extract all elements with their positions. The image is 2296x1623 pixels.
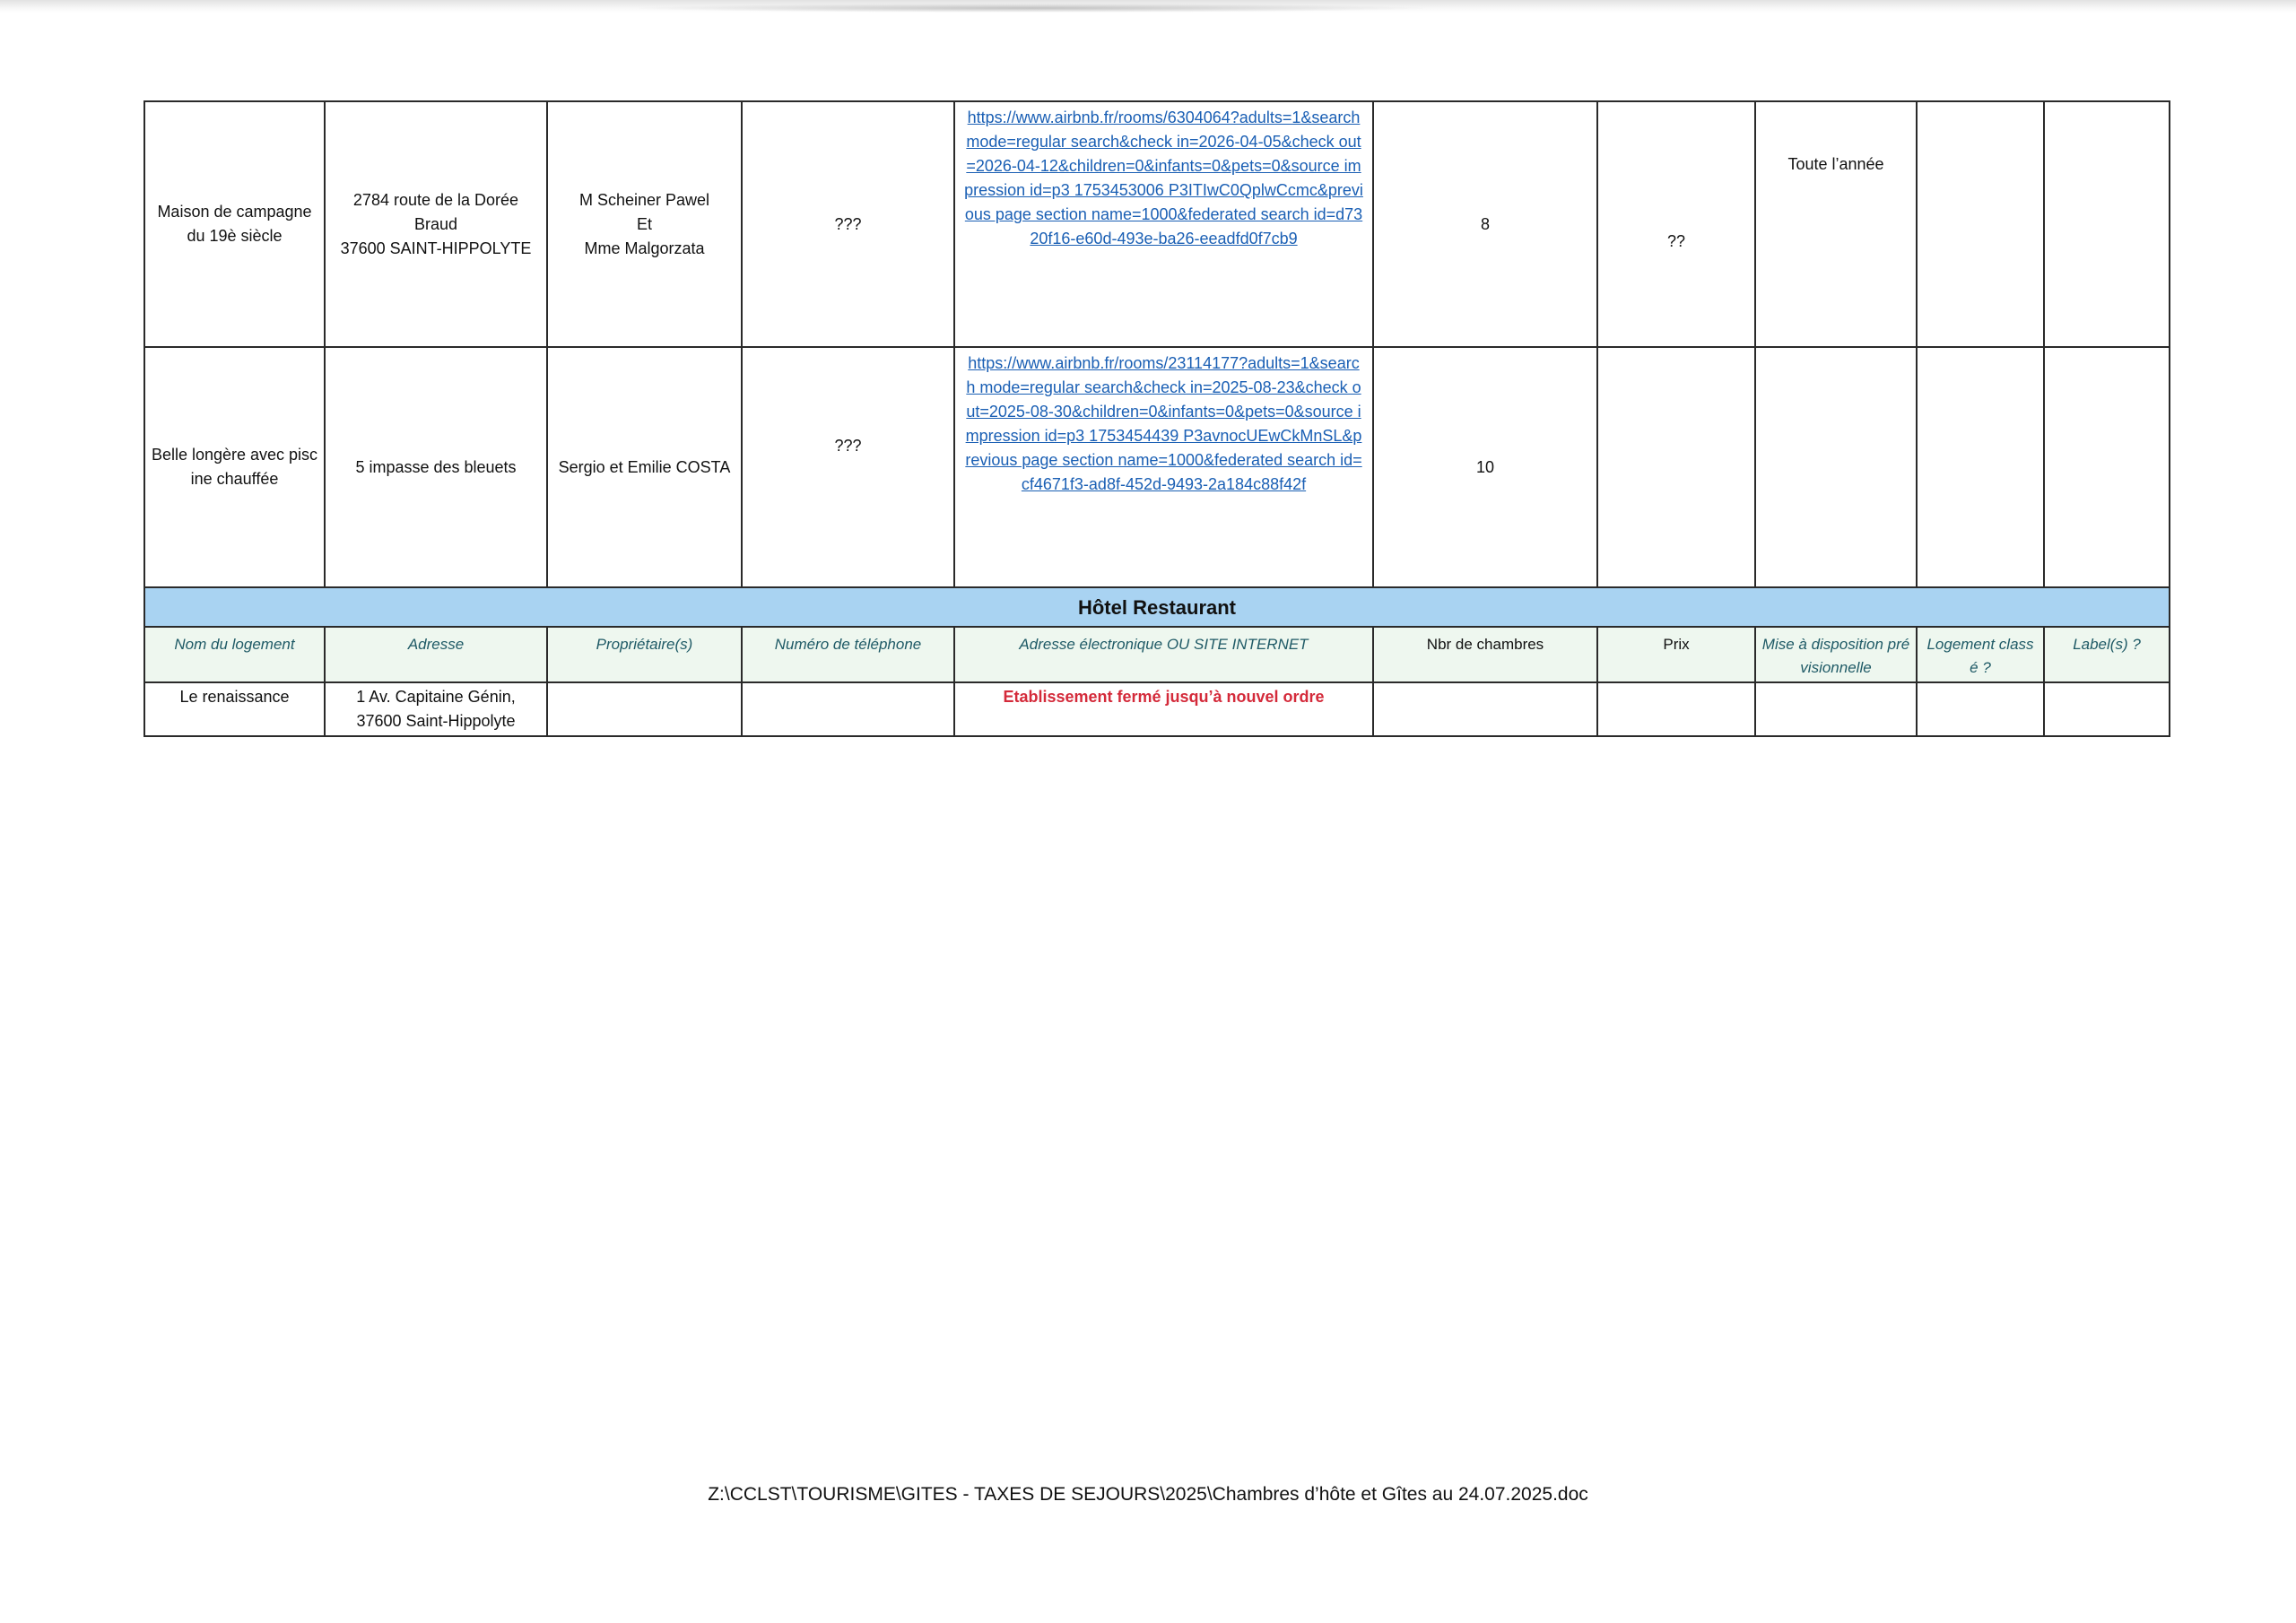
address-line: Braud bbox=[331, 213, 541, 237]
address-line: 37600 Saint-Hippolyte bbox=[331, 709, 541, 733]
address-line: 5 impasse des bleuets bbox=[331, 456, 541, 480]
hotel-owner bbox=[547, 682, 742, 736]
listing-rooms: 10 bbox=[1373, 347, 1597, 587]
listing-phone: ??? bbox=[742, 101, 954, 347]
col-header-name: Nom du logement bbox=[144, 627, 325, 682]
airbnb-link[interactable]: https://www.airbnb.fr/rooms/6304064?adul… bbox=[961, 106, 1367, 251]
table-row: Belle longère avec piscine chauffée 5 im… bbox=[144, 347, 2170, 587]
hotel-address: 1 Av. Capitaine Génin, 37600 Saint-Hippo… bbox=[325, 682, 547, 736]
listing-labels bbox=[2044, 101, 2170, 347]
listing-owner: Sergio et Emilie COSTA bbox=[547, 347, 742, 587]
col-header-phone: Numéro de téléphone bbox=[742, 627, 954, 682]
section-header-row: Hôtel Restaurant bbox=[144, 587, 2170, 627]
address-line: 1 Av. Capitaine Génin, bbox=[331, 685, 541, 709]
hotel-classified bbox=[1917, 682, 2044, 736]
listing-name: Maison de campagne du 19è siècle bbox=[144, 101, 325, 347]
column-header-row: Nom du logement Adresse Propriétaire(s) … bbox=[144, 627, 2170, 682]
listing-owner: M Scheiner Pawel Et Mme Malgorzata bbox=[547, 101, 742, 347]
listing-labels bbox=[2044, 347, 2170, 587]
hotel-price bbox=[1597, 682, 1755, 736]
table-row: Le renaissance 1 Av. Capitaine Génin, 37… bbox=[144, 682, 2170, 736]
address-line: 37600 SAINT-HIPPOLYTE bbox=[331, 237, 541, 261]
table-row: Maison de campagne du 19è siècle 2784 ro… bbox=[144, 101, 2170, 347]
listing-name: Belle longère avec piscine chauffée bbox=[144, 347, 325, 587]
accommodation-table: Maison de campagne du 19è siècle 2784 ro… bbox=[143, 100, 2170, 737]
address-line: 2784 route de la Dorée bbox=[331, 188, 541, 213]
listing-address: 2784 route de la Dorée Braud 37600 SAINT… bbox=[325, 101, 547, 347]
listing-classified bbox=[1917, 347, 2044, 587]
listing-availability bbox=[1755, 347, 1917, 587]
listing-classified bbox=[1917, 101, 2044, 347]
hotel-phone bbox=[742, 682, 954, 736]
scan-shadow bbox=[628, 4, 1435, 13]
col-header-rooms: Nbr de chambres bbox=[1373, 627, 1597, 682]
listing-rooms: 8 bbox=[1373, 101, 1597, 347]
owner-line: Mme Malgorzata bbox=[553, 237, 735, 261]
listing-price: ?? bbox=[1597, 101, 1755, 347]
col-header-classified: Logement classé ? bbox=[1917, 627, 2044, 682]
footer-file-path: Z:\CCLST\TOURISME\GITES - TAXES DE SEJOU… bbox=[0, 1484, 2296, 1506]
listing-website: https://www.airbnb.fr/rooms/23114177?adu… bbox=[954, 347, 1373, 587]
col-header-price: Prix bbox=[1597, 627, 1755, 682]
col-header-owner: Propriétaire(s) bbox=[547, 627, 742, 682]
airbnb-link[interactable]: https://www.airbnb.fr/rooms/23114177?adu… bbox=[961, 352, 1367, 497]
owner-line: Sergio et Emilie COSTA bbox=[553, 456, 735, 480]
hotel-rooms bbox=[1373, 682, 1597, 736]
col-header-availability: Mise à disposition prévisionnelle bbox=[1755, 627, 1917, 682]
owner-line: M Scheiner Pawel bbox=[553, 188, 735, 213]
hotel-labels bbox=[2044, 682, 2170, 736]
owner-line: Et bbox=[553, 213, 735, 237]
col-header-address: Adresse bbox=[325, 627, 547, 682]
listing-availability: Toute l’année bbox=[1755, 101, 1917, 347]
listing-price bbox=[1597, 347, 1755, 587]
listing-phone: ??? bbox=[742, 347, 954, 587]
listing-address: 5 impasse des bleuets bbox=[325, 347, 547, 587]
listing-website: https://www.airbnb.fr/rooms/6304064?adul… bbox=[954, 101, 1373, 347]
col-header-labels: Label(s) ? bbox=[2044, 627, 2170, 682]
section-title: Hôtel Restaurant bbox=[144, 587, 2170, 627]
hotel-name: Le renaissance bbox=[144, 682, 325, 736]
hotel-availability bbox=[1755, 682, 1917, 736]
closed-notice: Etablissement fermé jusqu’à nouvel ordre bbox=[1003, 688, 1324, 706]
col-header-website: Adresse électronique OU SITE INTERNET bbox=[954, 627, 1373, 682]
hotel-website: Etablissement fermé jusqu’à nouvel ordre bbox=[954, 682, 1373, 736]
